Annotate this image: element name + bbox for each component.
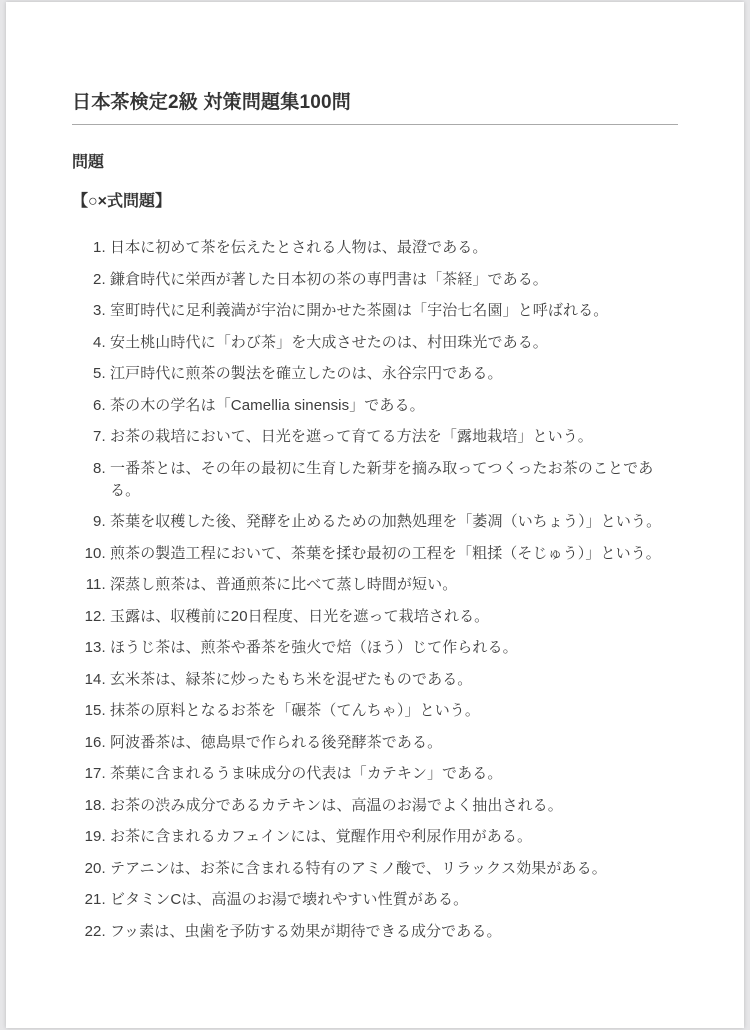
question-item: 茶葉を収穫した後、発酵を止めるための加熱処理を「萎凋（いちょう）」という。 — [110, 511, 668, 533]
question-item: ビタミンCは、高温のお湯で壊れやすい性質がある。 — [110, 889, 668, 911]
question-item: 安土桃山時代に「わび茶」を大成させたのは、村田珠光である。 — [110, 332, 668, 354]
question-item: 深蒸し煎茶は、普通煎茶に比べて蒸し時間が短い。 — [110, 574, 668, 596]
question-item: 阿波番茶は、徳島県で作られる後発酵茶である。 — [110, 732, 668, 754]
question-item: 玄米茶は、緑茶に炒ったもち米を混ぜたものである。 — [110, 669, 668, 691]
question-item: 茶の木の学名は「Camellia sinensis」である。 — [110, 395, 668, 417]
question-item: ほうじ茶は、煎茶や番茶を強火で焙（ほう）じて作られる。 — [110, 637, 668, 659]
question-item: 江戸時代に煎茶の製法を確立したのは、永谷宗円である。 — [110, 363, 668, 385]
question-item: お茶の渋み成分であるカテキンは、高温のお湯でよく抽出される。 — [110, 795, 668, 817]
question-item: テアニンは、お茶に含まれる特有のアミノ酸で、リラックス効果がある。 — [110, 858, 668, 880]
page-title: 日本茶検定2級 対策問題集100問 — [72, 92, 678, 113]
document-content: 日本茶検定2級 対策問題集100問 問題 【○×式問題】 日本に初めて茶を伝えた… — [6, 92, 744, 943]
question-item: 玉露は、収穫前に20日程度、日光を遮って栽培される。 — [110, 606, 668, 628]
question-item: 鎌倉時代に栄西が著した日本初の茶の専門書は「茶経」である。 — [110, 269, 668, 291]
section-heading: 問題 — [72, 154, 678, 171]
question-item: 一番茶とは、その年の最初に生育した新芽を摘み取ってつくったお茶のことである。 — [110, 458, 668, 502]
title-divider — [72, 124, 678, 125]
question-item: お茶の栽培において、日光を遮って育てる方法を「露地栽培」という。 — [110, 426, 668, 448]
question-item: 茶葉に含まれるうま味成分の代表は「カテキン」である。 — [110, 763, 668, 785]
question-item: お茶に含まれるカフェインには、覚醒作用や利尿作用がある。 — [110, 826, 668, 848]
question-item: 抹茶の原料となるお茶を「碾茶（てんちゃ）」という。 — [110, 700, 668, 722]
question-item: フッ素は、虫歯を予防する効果が期待できる成分である。 — [110, 921, 668, 943]
question-item: 煎茶の製造工程において、茶葉を揉む最初の工程を「粗揉（そじゅう）」という。 — [110, 543, 668, 565]
question-item: 室町時代に足利義満が宇治に開かせた茶園は「宇治七名園」と呼ばれる。 — [110, 300, 668, 322]
question-type-heading: 【○×式問題】 — [72, 193, 678, 211]
document-page: 日本茶検定2級 対策問題集100問 問題 【○×式問題】 日本に初めて茶を伝えた… — [6, 2, 744, 1028]
question-list: 日本に初めて茶を伝えたとされる人物は、最澄である。 鎌倉時代に栄西が著した日本初… — [72, 237, 678, 943]
question-item: 日本に初めて茶を伝えたとされる人物は、最澄である。 — [110, 237, 668, 259]
